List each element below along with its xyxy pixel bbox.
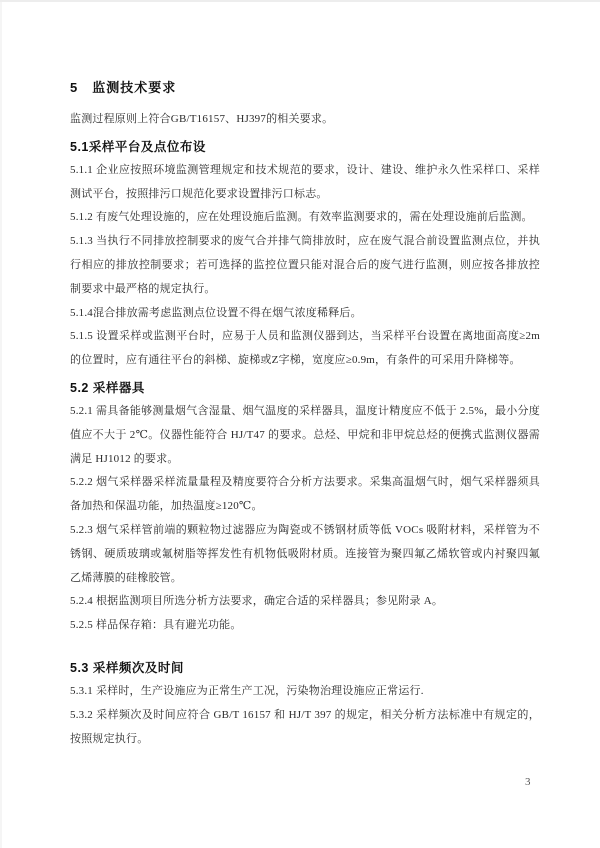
paragraph-5-3-1: 5.3.1 采样时，生产设施应为正常生产工况，污染物治理设施应正常运行. xyxy=(70,680,540,704)
paragraph-5-2-3: 5.2.3 烟气采样管前端的颗粒物过滤器应为陶瓷或不锈钢材质等低 VOCs 吸附… xyxy=(70,519,540,590)
paragraph-5-1-4: 5.1.4混合排放需考虑监测点位设置不得在烟气浓度稀释后。 xyxy=(70,302,540,326)
section-5-heading: 5 监测技术要求 xyxy=(70,76,540,100)
paragraph-5-2-1: 5.2.1 需具备能够测量烟气含湿量、烟气温度的采样器具，温度计精度应不低于 2… xyxy=(70,400,540,471)
paragraph-5-1-2: 5.1.2 有废气处理设施的，应在处理设施后监测。有效率监测要求的，需在处理设施… xyxy=(70,206,540,230)
section-5-1-heading: 5.1采样平台及点位布设 xyxy=(70,135,540,159)
intro-paragraph: 监测过程原则上符合GB/T16157、HJ397的相关要求。 xyxy=(70,108,540,132)
paragraph-5-1-1: 5.1.1 企业应按照环境监测管理规定和技术规范的要求，设计、建设、维护永久性采… xyxy=(70,159,540,207)
paragraph-5-1-3: 5.1.3 当执行不同排放控制要求的废气合并排气筒排放时，应在废气混合前设置监测… xyxy=(70,230,540,301)
paragraph-5-2-2: 5.2.2 烟气采样器采样流量量程及精度要符合分析方法要求。采集高温烟气时，烟气… xyxy=(70,471,540,519)
section-5-2-heading: 5.2 采样器具 xyxy=(70,376,540,400)
paragraph-5-2-4: 5.2.4 根据监测项目所选分析方法要求，确定合适的采样器具；参见附录 A。 xyxy=(70,590,540,614)
paragraph-5-3-2: 5.3.2 采样频次及时间应符合 GB/T 16157 和 HJ/T 397 的… xyxy=(70,704,540,752)
paragraph-5-1-5: 5.1.5 设置采样或监测平台时，应易于人员和监测仪器到达，当采样平台设置在离地… xyxy=(70,325,540,373)
document-body: 5 监测技术要求 监测过程原则上符合GB/T16157、HJ397的相关要求。 … xyxy=(70,76,540,751)
document-page: 5 监测技术要求 监测过程原则上符合GB/T16157、HJ397的相关要求。 … xyxy=(0,0,600,848)
page-number: 3 xyxy=(525,776,531,788)
section-5-3-heading: 5.3 采样频次及时间 xyxy=(70,656,540,680)
paragraph-5-2-5: 5.2.5 样品保存箱：具有避光功能。 xyxy=(70,614,540,638)
